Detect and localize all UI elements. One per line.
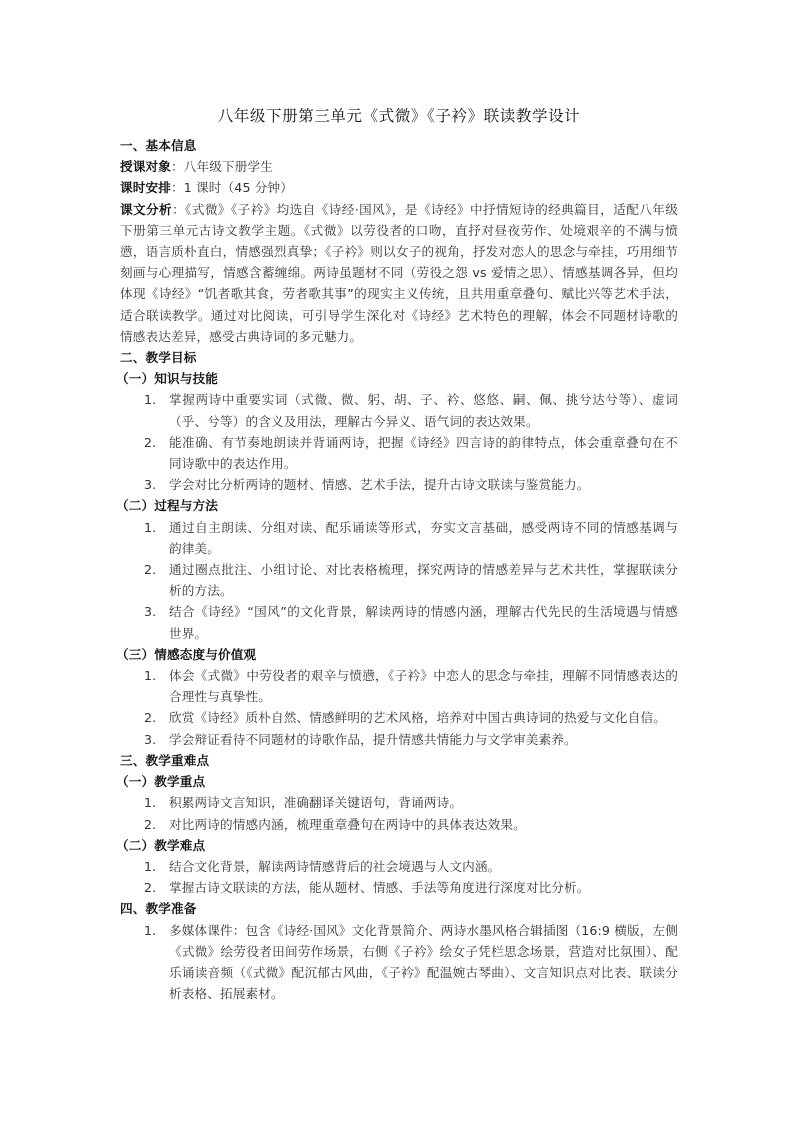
list-item: 3.学会对比分析两诗的题材、情感、艺术手法，提升古诗文联读与鉴赏能力。 [120, 474, 678, 495]
info-value: 八年级下册学生 [184, 159, 273, 174]
info-value: 1 课时（45 分钟） [184, 180, 293, 195]
info-label: 课文分析 [120, 202, 172, 217]
list-text: 结合《诗经》“国风”的文化背景，解读两诗的情感内涵，理解古代先民的生活境遇与情感… [169, 604, 678, 640]
list-number: 1. [144, 920, 156, 941]
list-text: 积累两诗文言知识，准确翻译关键语句，背诵两诗。 [169, 795, 462, 810]
numbered-list: 1.体会《式微》中劳役者的艰辛与愤懑，《子衿》中恋人的思念与牵挂，理解不同情感表… [120, 665, 678, 750]
subsection-process-method: （二）过程与方法 1.通过自主朗读、分组对读、配乐诵读等形式，夯实文言基础，感受… [120, 495, 678, 643]
list-number: 3. [144, 601, 156, 622]
subsection-difficulties: （二）教学难点 1.结合文化背景，解读两诗情感背后的社会境遇与人文内涵。 2.掌… [120, 835, 678, 899]
list-item: 2.掌握古诗文联读的方法，能从题材、情感、手法等角度进行深度对比分析。 [120, 877, 678, 898]
list-text: 掌握两诗中重要实词（式微、微、躬、胡、子、衿、悠悠、嗣、佩、挑兮达兮等）、虚词（… [169, 392, 678, 428]
list-text: 掌握古诗文联读的方法，能从题材、情感、手法等角度进行深度对比分析。 [169, 880, 590, 895]
section-key-difficulties: 三、教学重难点 （一）教学重点 1.积累两诗文言知识，准确翻译关键语句，背诵两诗… [120, 750, 678, 898]
list-number: 2. [144, 432, 156, 453]
numbered-list: 1.结合文化背景，解读两诗情感背后的社会境遇与人文内涵。 2.掌握古诗文联读的方… [120, 856, 678, 898]
document-title: 八年级下册第三单元《式微》《子衿》联读教学设计 [120, 104, 678, 128]
subsection-key-points: （一）教学重点 1.积累两诗文言知识，准确翻译关键语句，背诵两诗。 2.对比两诗… [120, 771, 678, 835]
info-label: 授课对象 [120, 159, 171, 174]
section-teaching-preparation: 四、教学准备 1.多媒体课件：包含《诗经·国风》文化背景简介、两诗水墨风格合辑插… [120, 898, 678, 1004]
list-item: 1.结合文化背景，解读两诗情感背后的社会境遇与人文内涵。 [120, 856, 678, 877]
list-text: 结合文化背景，解读两诗情感背后的社会境遇与人文内涵。 [169, 859, 500, 874]
subsection-emotion-values: （三）情感态度与价值观 1.体会《式微》中劳役者的艰辛与愤懑，《子衿》中恋人的思… [120, 644, 678, 750]
info-label: 课时安排 [120, 180, 171, 195]
subsection-heading: （二）教学难点 [116, 835, 678, 856]
list-item: 2.对比两诗的情感内涵，梳理重章叠句在两诗中的具体表达效果。 [120, 814, 678, 835]
subsection-heading: （三）情感态度与价值观 [116, 644, 678, 665]
list-item: 3.结合《诗经》“国风”的文化背景，解读两诗的情感内涵，理解古代先民的生活境遇与… [120, 601, 678, 643]
list-number: 1. [144, 389, 156, 410]
list-number: 1. [144, 792, 156, 813]
info-sep: ： [171, 180, 184, 195]
section-teaching-goals: 二、教学目标 （一）知识与技能 1.掌握两诗中重要实词（式微、微、躬、胡、子、衿… [120, 347, 678, 750]
list-item: 2.能准确、有节奏地朗读并背诵两诗，把握《诗经》四言诗的韵律特点，体会重章叠句在… [120, 432, 678, 474]
subsection-knowledge-skills: （一）知识与技能 1.掌握两诗中重要实词（式微、微、躬、胡、子、衿、悠悠、嗣、佩… [120, 368, 678, 495]
list-item: 1.通过自主朗读、分组对读、配乐诵读等形式，夯实文言基础，感受两诗不同的情感基调… [120, 517, 678, 559]
section-heading: 四、教学准备 [120, 898, 678, 919]
list-number: 3. [144, 729, 156, 750]
list-number: 2. [144, 877, 156, 898]
numbered-list: 1.掌握两诗中重要实词（式微、微、躬、胡、子、衿、悠悠、嗣、佩、挑兮达兮等）、虚… [120, 389, 678, 495]
list-item: 2.通过圈点批注、小组讨论、对比表格梳理，探究两诗的情感差异与艺术共性，掌握联读… [120, 559, 678, 601]
list-text: 学会辩证看待不同题材的诗歌作品，提升情感共情能力与文学审美素养。 [169, 732, 577, 747]
list-number: 2. [144, 814, 156, 835]
list-text: 通过圈点批注、小组讨论、对比表格梳理，探究两诗的情感差异与艺术共性，掌握联读分析… [169, 562, 678, 598]
numbered-list: 1.通过自主朗读、分组对读、配乐诵读等形式，夯实文言基础，感受两诗不同的情感基调… [120, 517, 678, 644]
list-text: 能准确、有节奏地朗读并背诵两诗，把握《诗经》四言诗的韵律特点，体会重章叠句在不同… [169, 435, 678, 471]
list-number: 1. [144, 517, 156, 538]
list-text: 欣赏《诗经》质朴自然、情感鲜明的艺术风格，培养对中国古典诗词的热爱与文化自信。 [169, 710, 666, 725]
list-text: 对比两诗的情感内涵，梳理重章叠句在两诗中的具体表达效果。 [169, 817, 526, 832]
list-text: 通过自主朗读、分组对读、配乐诵读等形式，夯实文言基础，感受两诗不同的情感基调与韵… [169, 520, 678, 556]
numbered-list: 1.多媒体课件：包含《诗经·国风》文化背景简介、两诗水墨风格合辑插图（16:9 … [120, 920, 678, 1005]
list-number: 1. [144, 665, 156, 686]
info-row-text-analysis: 课文分析：《式微》《子衿》均选自《诗经·国风》，是《诗经》中抒情短诗的经典篇目，… [120, 199, 678, 347]
list-item: 1.掌握两诗中重要实词（式微、微、躬、胡、子、衿、悠悠、嗣、佩、挑兮达兮等）、虚… [120, 389, 678, 431]
list-text: 体会《式微》中劳役者的艰辛与愤懑，《子衿》中恋人的思念与牵挂，理解不同情感表达的… [169, 668, 678, 704]
info-sep: ： [172, 202, 185, 217]
subsection-heading: （一）知识与技能 [116, 368, 678, 389]
list-number: 3. [144, 474, 156, 495]
info-row-schedule: 课时安排：1 课时（45 分钟） [120, 177, 678, 198]
section-heading: 三、教学重难点 [120, 750, 678, 771]
subsection-heading: （一）教学重点 [116, 771, 678, 792]
info-value: 《式微》《子衿》均选自《诗经·国风》，是《诗经》中抒情短诗的经典篇目，适配八年级… [120, 202, 678, 344]
list-text: 学会对比分析两诗的题材、情感、艺术手法，提升古诗文联读与鉴赏能力。 [169, 477, 590, 492]
list-item: 1.多媒体课件：包含《诗经·国风》文化背景简介、两诗水墨风格合辑插图（16:9 … [120, 920, 678, 1005]
list-item: 1.积累两诗文言知识，准确翻译关键语句，背诵两诗。 [120, 792, 678, 813]
subsection-heading: （二）过程与方法 [116, 495, 678, 516]
list-number: 1. [144, 856, 156, 877]
document-page: 八年级下册第三单元《式微》《子衿》联读教学设计 一、基本信息 授课对象：八年级下… [120, 104, 678, 1004]
list-text: 多媒体课件：包含《诗经·国风》文化背景简介、两诗水墨风格合辑插图（16:9 横版… [169, 923, 678, 1002]
numbered-list: 1.积累两诗文言知识，准确翻译关键语句，背诵两诗。 2.对比两诗的情感内涵，梳理… [120, 792, 678, 834]
list-item: 1.体会《式微》中劳役者的艰辛与愤懑，《子衿》中恋人的思念与牵挂，理解不同情感表… [120, 665, 678, 707]
list-item: 2.欣赏《诗经》质朴自然、情感鲜明的艺术风格，培养对中国古典诗词的热爱与文化自信… [120, 707, 678, 728]
list-number: 2. [144, 707, 156, 728]
list-number: 2. [144, 559, 156, 580]
section-heading: 一、基本信息 [120, 135, 678, 156]
section-heading: 二、教学目标 [120, 347, 678, 368]
info-row-audience: 授课对象：八年级下册学生 [120, 156, 678, 177]
section-basic-info: 一、基本信息 授课对象：八年级下册学生 课时安排：1 课时（45 分钟） 课文分… [120, 135, 678, 347]
list-item: 3.学会辩证看待不同题材的诗歌作品，提升情感共情能力与文学审美素养。 [120, 729, 678, 750]
info-sep: ： [171, 159, 184, 174]
